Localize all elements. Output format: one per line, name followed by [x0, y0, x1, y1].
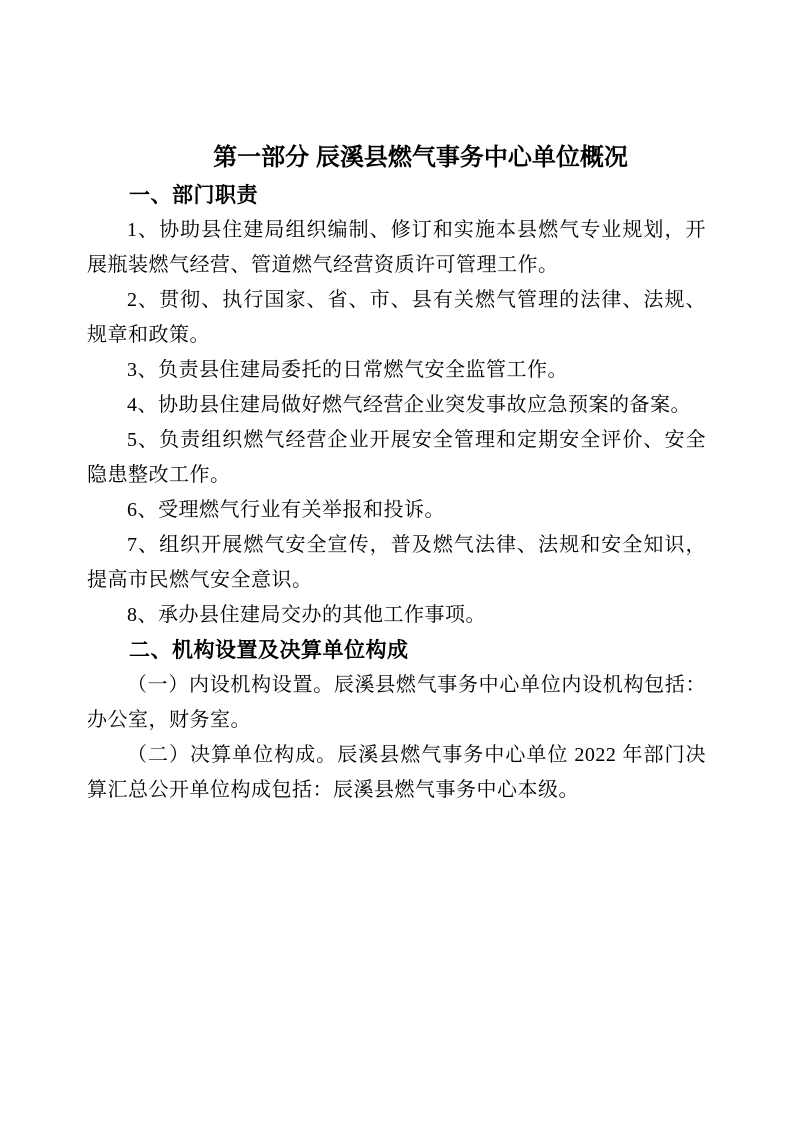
duty-item-7: 7、组织开展燃气安全宣传，普及燃气法律、法规和安全知识，提高市民燃气安全意识。: [87, 528, 706, 598]
section-heading-duties: 一、部门职责: [87, 178, 706, 213]
section-organization-structure: 二、机构设置及决算单位构成 （一）内设机构设置。辰溪县燃气事务中心单位内设机构包…: [87, 633, 706, 808]
section-heading-organization: 二、机构设置及决算单位构成: [87, 633, 706, 668]
document-content: 第一部分 辰溪县燃气事务中心单位概况 一、部门职责 1、协助县住建局组织编制、修…: [0, 0, 793, 808]
duty-item-5: 5、负责组织燃气经营企业开展安全管理和定期安全评价、安全隐患整改工作。: [87, 423, 706, 493]
duty-item-8: 8、承办县住建局交办的其他工作事项。: [87, 598, 706, 633]
document-title: 第一部分 辰溪县燃气事务中心单位概况: [111, 138, 730, 178]
document-page: 第一部分 辰溪县燃气事务中心单位概况 一、部门职责 1、协助县住建局组织编制、修…: [0, 0, 793, 1122]
duty-item-3: 3、负责县住建局委托的日常燃气安全监管工作。: [87, 353, 706, 388]
org-paragraph-1: （一）内设机构设置。辰溪县燃气事务中心单位内设机构包括：办公室，财务室。: [87, 668, 706, 738]
duty-item-6: 6、受理燃气行业有关举报和投诉。: [87, 493, 706, 528]
duty-item-1: 1、协助县住建局组织编制、修订和实施本县燃气专业规划，开展瓶装燃气经营、管道燃气…: [87, 213, 706, 283]
org-paragraph-2: （二）决算单位构成。辰溪县燃气事务中心单位 2022 年部门决算汇总公开单位构成…: [87, 738, 706, 808]
section-department-duties: 一、部门职责 1、协助县住建局组织编制、修订和实施本县燃气专业规划，开展瓶装燃气…: [87, 178, 706, 633]
duty-item-2: 2、贯彻、执行国家、省、市、县有关燃气管理的法律、法规、规章和政策。: [87, 283, 706, 353]
duty-item-4: 4、协助县住建局做好燃气经营企业突发事故应急预案的备案。: [87, 388, 706, 423]
